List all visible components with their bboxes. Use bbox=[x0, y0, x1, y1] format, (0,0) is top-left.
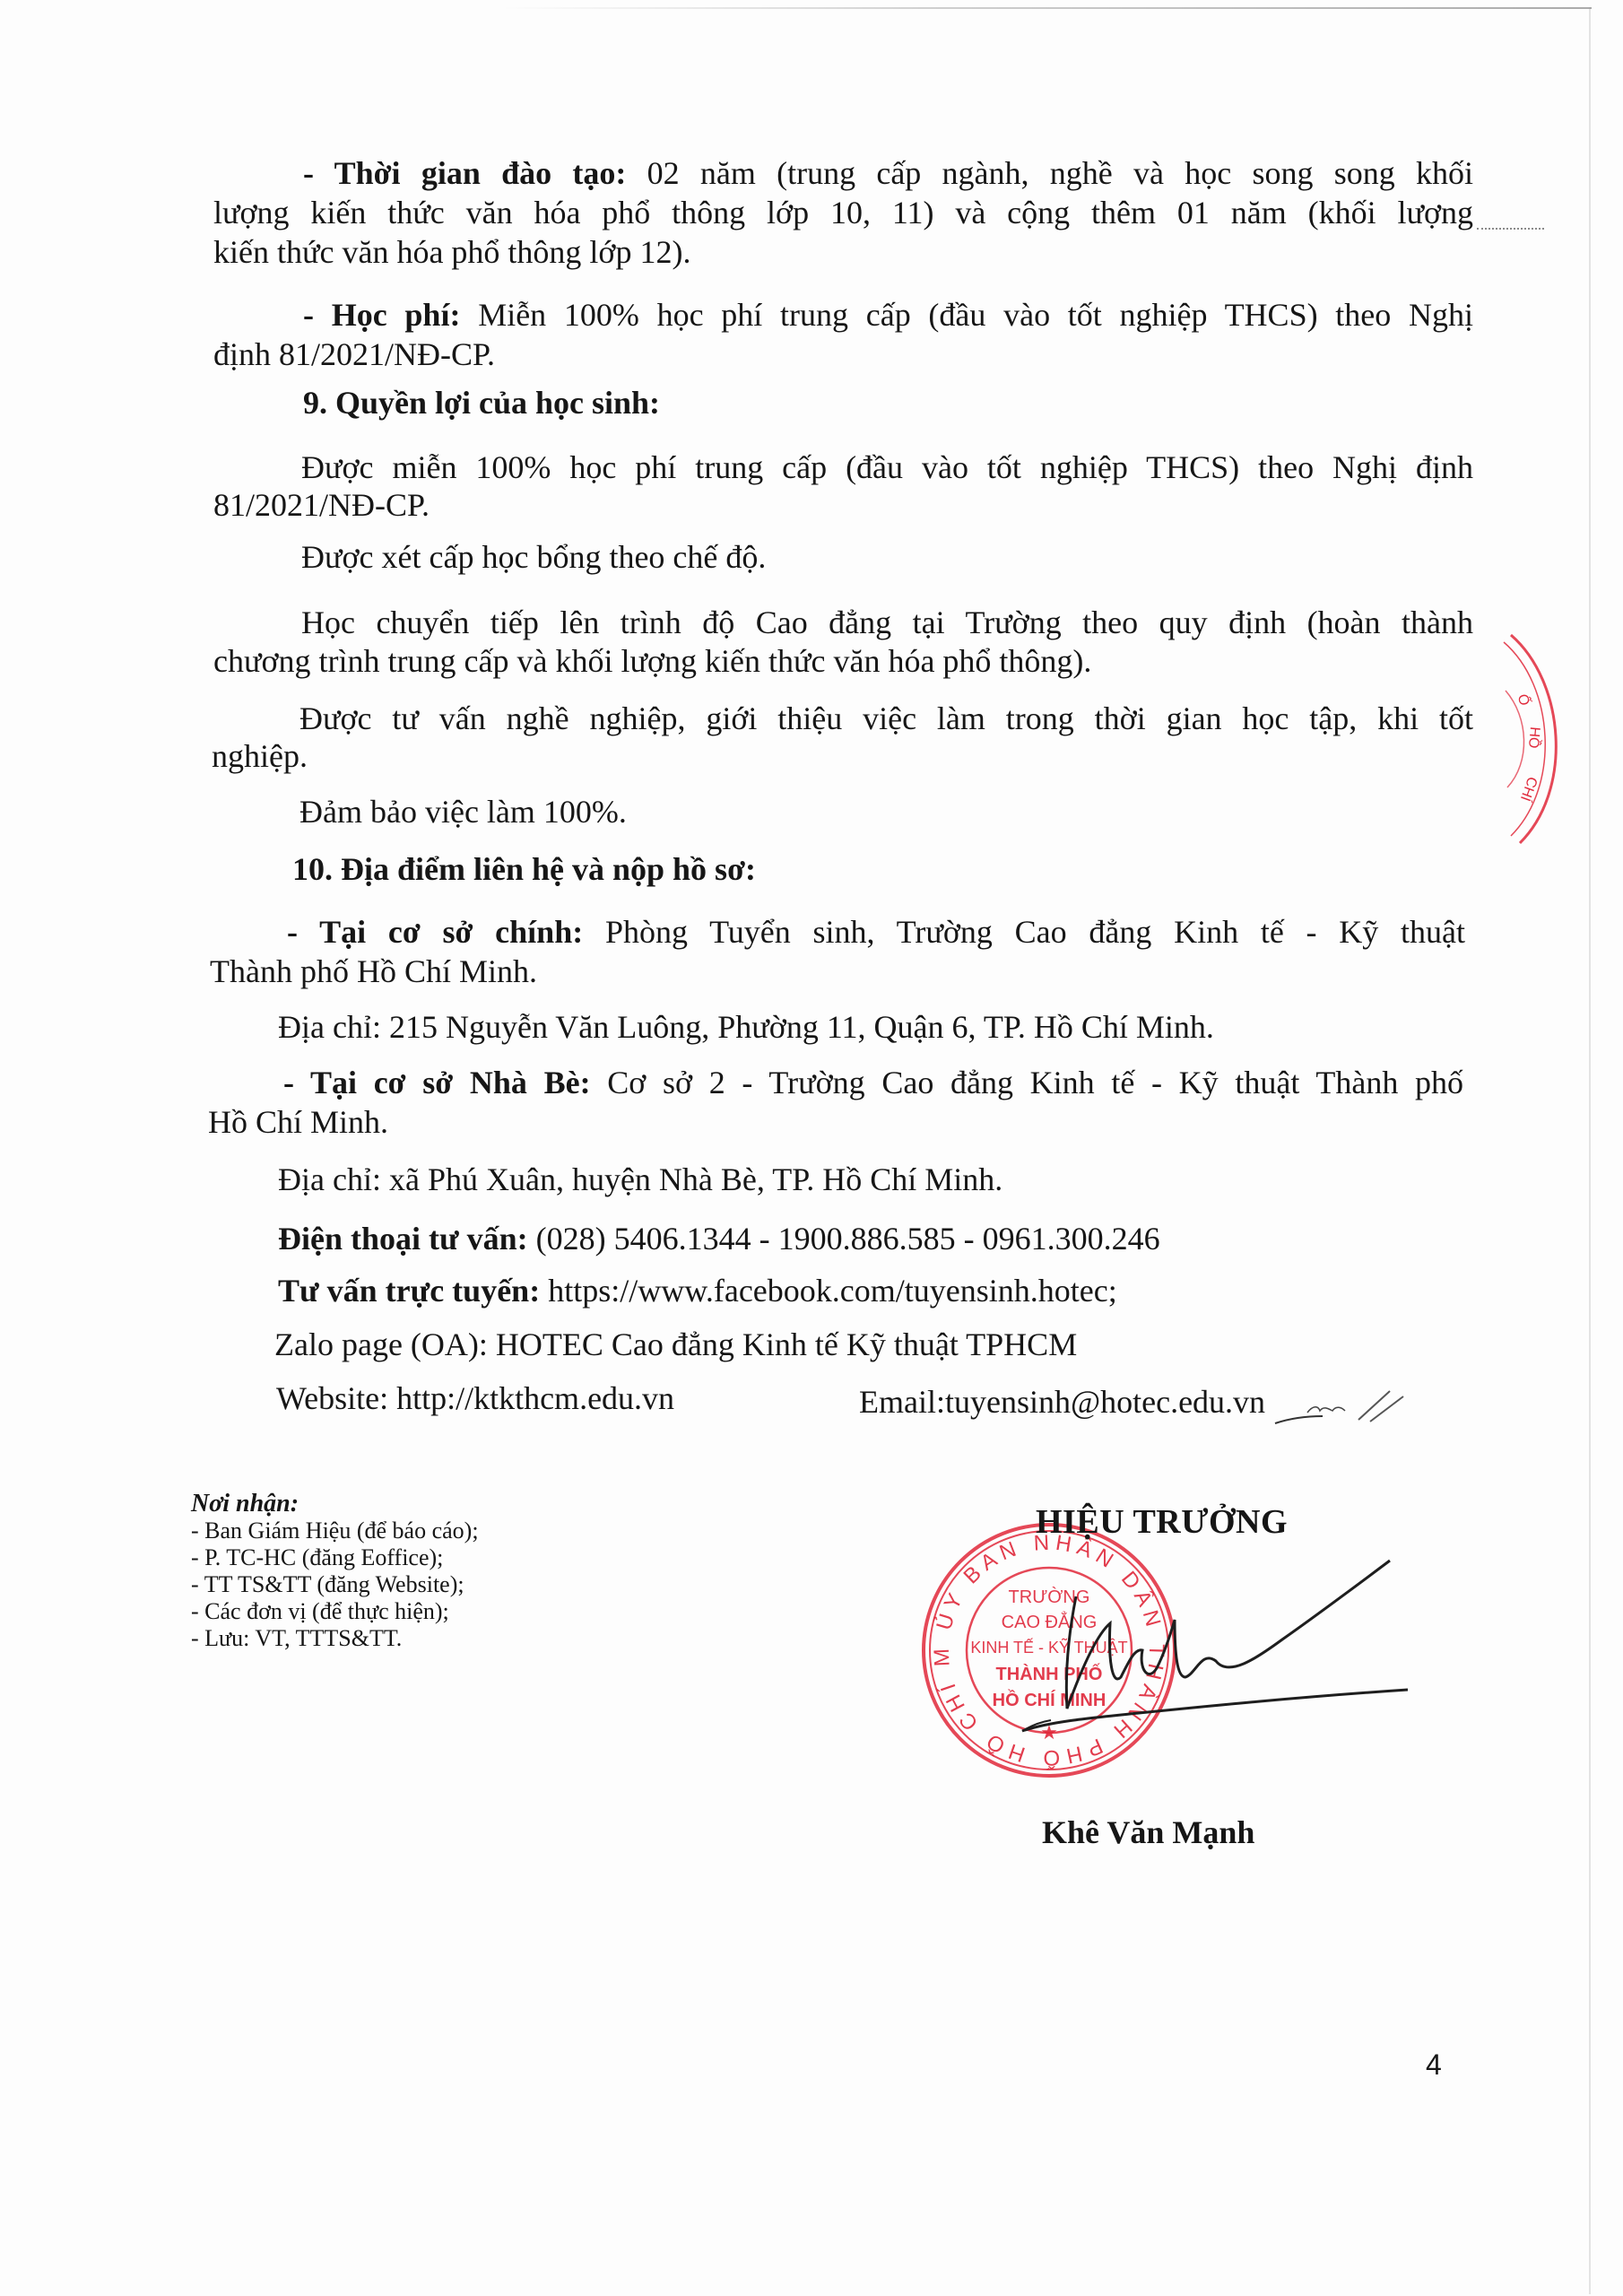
nha-be-campus-line2: Hồ Chí Minh. bbox=[208, 1103, 388, 1141]
training-duration-line2: lượng kiến thức văn hóa phổ thông lớp 10… bbox=[213, 194, 1473, 231]
section10-heading-text: 10. Địa điểm liên hệ và nộp hồ sơ: bbox=[292, 851, 756, 887]
scan-edge-right bbox=[1589, 7, 1591, 2294]
website-link[interactable]: Website: http://ktkthcm.edu.vn bbox=[276, 1379, 674, 1417]
training-duration-line3: kiến thức văn hóa phổ thông lớp 12). bbox=[213, 233, 690, 271]
phone-value: (028) 5406.1344 - 1900.886.585 - 0961.30… bbox=[536, 1221, 1160, 1257]
main-campus-label: - Tại cơ sở chính: bbox=[287, 914, 583, 950]
training-duration-line1: - Thời gian đào tạo: 02 năm (trung cấp n… bbox=[213, 154, 1473, 192]
scan-edge-top bbox=[502, 7, 1592, 9]
online-consult-label: Tư vấn trực tuyến: bbox=[278, 1273, 540, 1309]
benefit-1-line1: Được miễn 100% học phí trung cấp (đầu và… bbox=[213, 448, 1473, 486]
online-consult-line: Tư vấn trực tuyến: https://www.facebook.… bbox=[278, 1272, 1117, 1309]
handwritten-signature bbox=[1013, 1543, 1408, 1758]
tuition-line2: định 81/2021/NĐ-CP. bbox=[213, 335, 495, 373]
recipient-item: - Ban Giám Hiệu (để báo cáo); bbox=[191, 1518, 479, 1544]
main-campus-line2: Thành phố Hồ Chí Minh. bbox=[210, 952, 537, 990]
section9-heading: 9. Quyền lợi của học sinh: bbox=[303, 384, 660, 422]
benefit-3-line1: Học chuyển tiếp lên trình độ Cao đẳng tạ… bbox=[213, 604, 1473, 641]
benefit-4-line1: Được tư vấn nghề nghiệp, giới thiệu việc… bbox=[213, 700, 1473, 737]
benefit-1-line2: 81/2021/NĐ-CP. bbox=[213, 486, 430, 524]
svg-text:Ố: Ố bbox=[1515, 692, 1534, 707]
main-campus-line1: - Tại cơ sở chính: Phòng Tuyển sinh, Trư… bbox=[212, 913, 1465, 951]
recipient-item: - TT TS&TT (đăng Website); bbox=[191, 1571, 479, 1598]
benefit-3-line2: chương trình trung cấp và khối lượng kiế… bbox=[213, 642, 1091, 680]
recipients-block: Nơi nhận: - Ban Giám Hiệu (để báo cáo); … bbox=[191, 1491, 479, 1652]
tuition-text: Miễn 100% học phí trung cấp (đầu vào tốt… bbox=[478, 297, 1473, 333]
page-number: 4 bbox=[1426, 2048, 1442, 2082]
recipient-item: - Các đơn vị (để thực hiện); bbox=[191, 1598, 479, 1625]
section10-heading: 10. Địa điểm liên hệ và nộp hồ sơ: bbox=[292, 850, 756, 888]
tuition-label: - Học phí: bbox=[303, 297, 460, 333]
zalo-line: Zalo page (OA): HOTEC Cao đẳng Kinh tế K… bbox=[274, 1326, 1077, 1363]
svg-text:HỒ: HỒ bbox=[1525, 726, 1544, 750]
benefit-4-line2: nghiệp. bbox=[212, 737, 308, 775]
nha-be-campus-label: - Tại cơ sở Nhà Bè: bbox=[283, 1065, 591, 1100]
scan-dash-trail bbox=[1477, 228, 1544, 231]
training-duration-text: 02 năm (trung cấp ngành, nghề và học son… bbox=[647, 155, 1473, 191]
recipient-item: - P. TC-HC (đăng Eoffice); bbox=[191, 1544, 479, 1571]
initials-mark bbox=[1273, 1386, 1408, 1431]
nha-be-campus-text: Cơ sở 2 - Trường Cao đẳng Kinh tế - Kỹ t… bbox=[607, 1065, 1463, 1100]
stamp-fragment-icon: Ố HỒ CHÍ bbox=[1502, 628, 1583, 848]
nha-be-campus-address: Địa chỉ: xã Phú Xuân, huyện Nhà Bè, TP. … bbox=[278, 1161, 1002, 1198]
nha-be-campus-line1: - Tại cơ sở Nhà Bè: Cơ sở 2 - Trường Cao… bbox=[210, 1064, 1463, 1101]
signer-name: Khê Văn Mạnh bbox=[1042, 1813, 1254, 1851]
phone-line: Điện thoại tư vấn: (028) 5406.1344 - 190… bbox=[278, 1220, 1160, 1257]
section9-heading-text: 9. Quyền lợi của học sinh: bbox=[303, 385, 660, 421]
benefit-2: Được xét cấp học bổng theo chế độ. bbox=[301, 538, 766, 576]
recipients-title: Nơi nhận: bbox=[191, 1491, 479, 1518]
phone-label: Điện thoại tư vấn: bbox=[278, 1221, 528, 1257]
recipient-item: - Lưu: VT, TTTS&TT. bbox=[191, 1625, 479, 1652]
main-campus-text: Phòng Tuyển sinh, Trường Cao đẳng Kinh t… bbox=[605, 914, 1465, 950]
benefit-5: Đảm bảo việc làm 100%. bbox=[299, 793, 627, 831]
main-campus-address: Địa chỉ: 215 Nguyễn Văn Luông, Phường 11… bbox=[278, 1008, 1214, 1046]
email-link[interactable]: Email:tuyensinh@hotec.edu.vn bbox=[859, 1383, 1265, 1421]
training-duration-label: - Thời gian đào tạo: bbox=[303, 155, 626, 191]
document-page: - Thời gian đào tạo: 02 năm (trung cấp n… bbox=[0, 0, 1623, 2296]
facebook-link[interactable]: https://www.facebook.com/tuyensinh.hotec… bbox=[548, 1273, 1117, 1309]
tuition-line1: - Học phí: Miễn 100% học phí trung cấp (… bbox=[213, 296, 1473, 334]
signature-title: HIỆU TRƯỞNG bbox=[1036, 1502, 1288, 1542]
